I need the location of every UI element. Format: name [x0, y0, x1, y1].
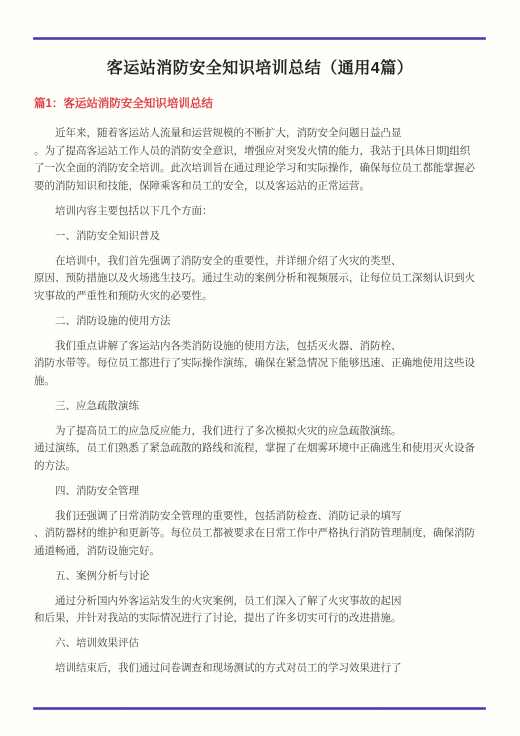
- bottom-divider: [33, 707, 486, 710]
- paragraph-section-4: 我们还强调了日常消防安全管理的重要性，包括消防检查、消防记录的填写 、消防器材的…: [34, 508, 486, 561]
- section-heading-3: 三、应急疏散演练: [34, 398, 486, 416]
- paragraph-section-1: 在培训中，我们首先强调了消防安全的重要性，并详细介绍了火灾的类型、 原因、预防措…: [34, 253, 486, 306]
- document-page: 客运站消防安全知识培训总结（通用4篇） 篇1：客运站消防安全知识培训总结 近年来…: [0, 0, 520, 736]
- section-heading-6: 六、培训效果评估: [34, 635, 486, 653]
- section-heading-4: 四、消防安全管理: [34, 483, 486, 501]
- top-divider: [33, 37, 486, 40]
- paragraph-section-2: 我们重点讲解了客运站内各类消防设施的使用方法，包括灭火器、消防栓、 消防水带等。…: [34, 338, 486, 391]
- document-body: 客运站消防安全知识培训总结（通用4篇） 篇1：客运站消防安全知识培训总结 近年来…: [34, 58, 486, 685]
- paragraph-section-5: 通过分析国内外客运站发生的火灾案例，员工们深入了解了火灾事故的起因 和后果，并针…: [34, 593, 486, 628]
- paragraph-section-3: 为了提高员工的应急反应能力，我们进行了多次模拟火灾的应急疏散演练。 通过演练，员…: [34, 423, 486, 476]
- section-heading-1: 一、消防安全知识普及: [34, 228, 486, 246]
- section-heading-2: 二、消防设施的使用方法: [34, 313, 486, 331]
- page-title: 客运站消防安全知识培训总结（通用4篇）: [34, 58, 486, 80]
- paragraph-intro: 近年来，随着客运站人流量和运营规模的不断扩大，消防安全问题日益凸显 。为了提高客…: [34, 125, 486, 195]
- paragraph-overview: 培训内容主要包括以下几个方面：: [34, 203, 486, 221]
- paragraph-section-6-truncated: 培训结束后，我们通过问卷调查和现场测试的方式对员工的学习效果进行了: [34, 660, 486, 678]
- article-1-heading: 篇1：客运站消防安全知识培训总结: [34, 96, 486, 112]
- section-heading-5: 五、案例分析与讨论: [34, 568, 486, 586]
